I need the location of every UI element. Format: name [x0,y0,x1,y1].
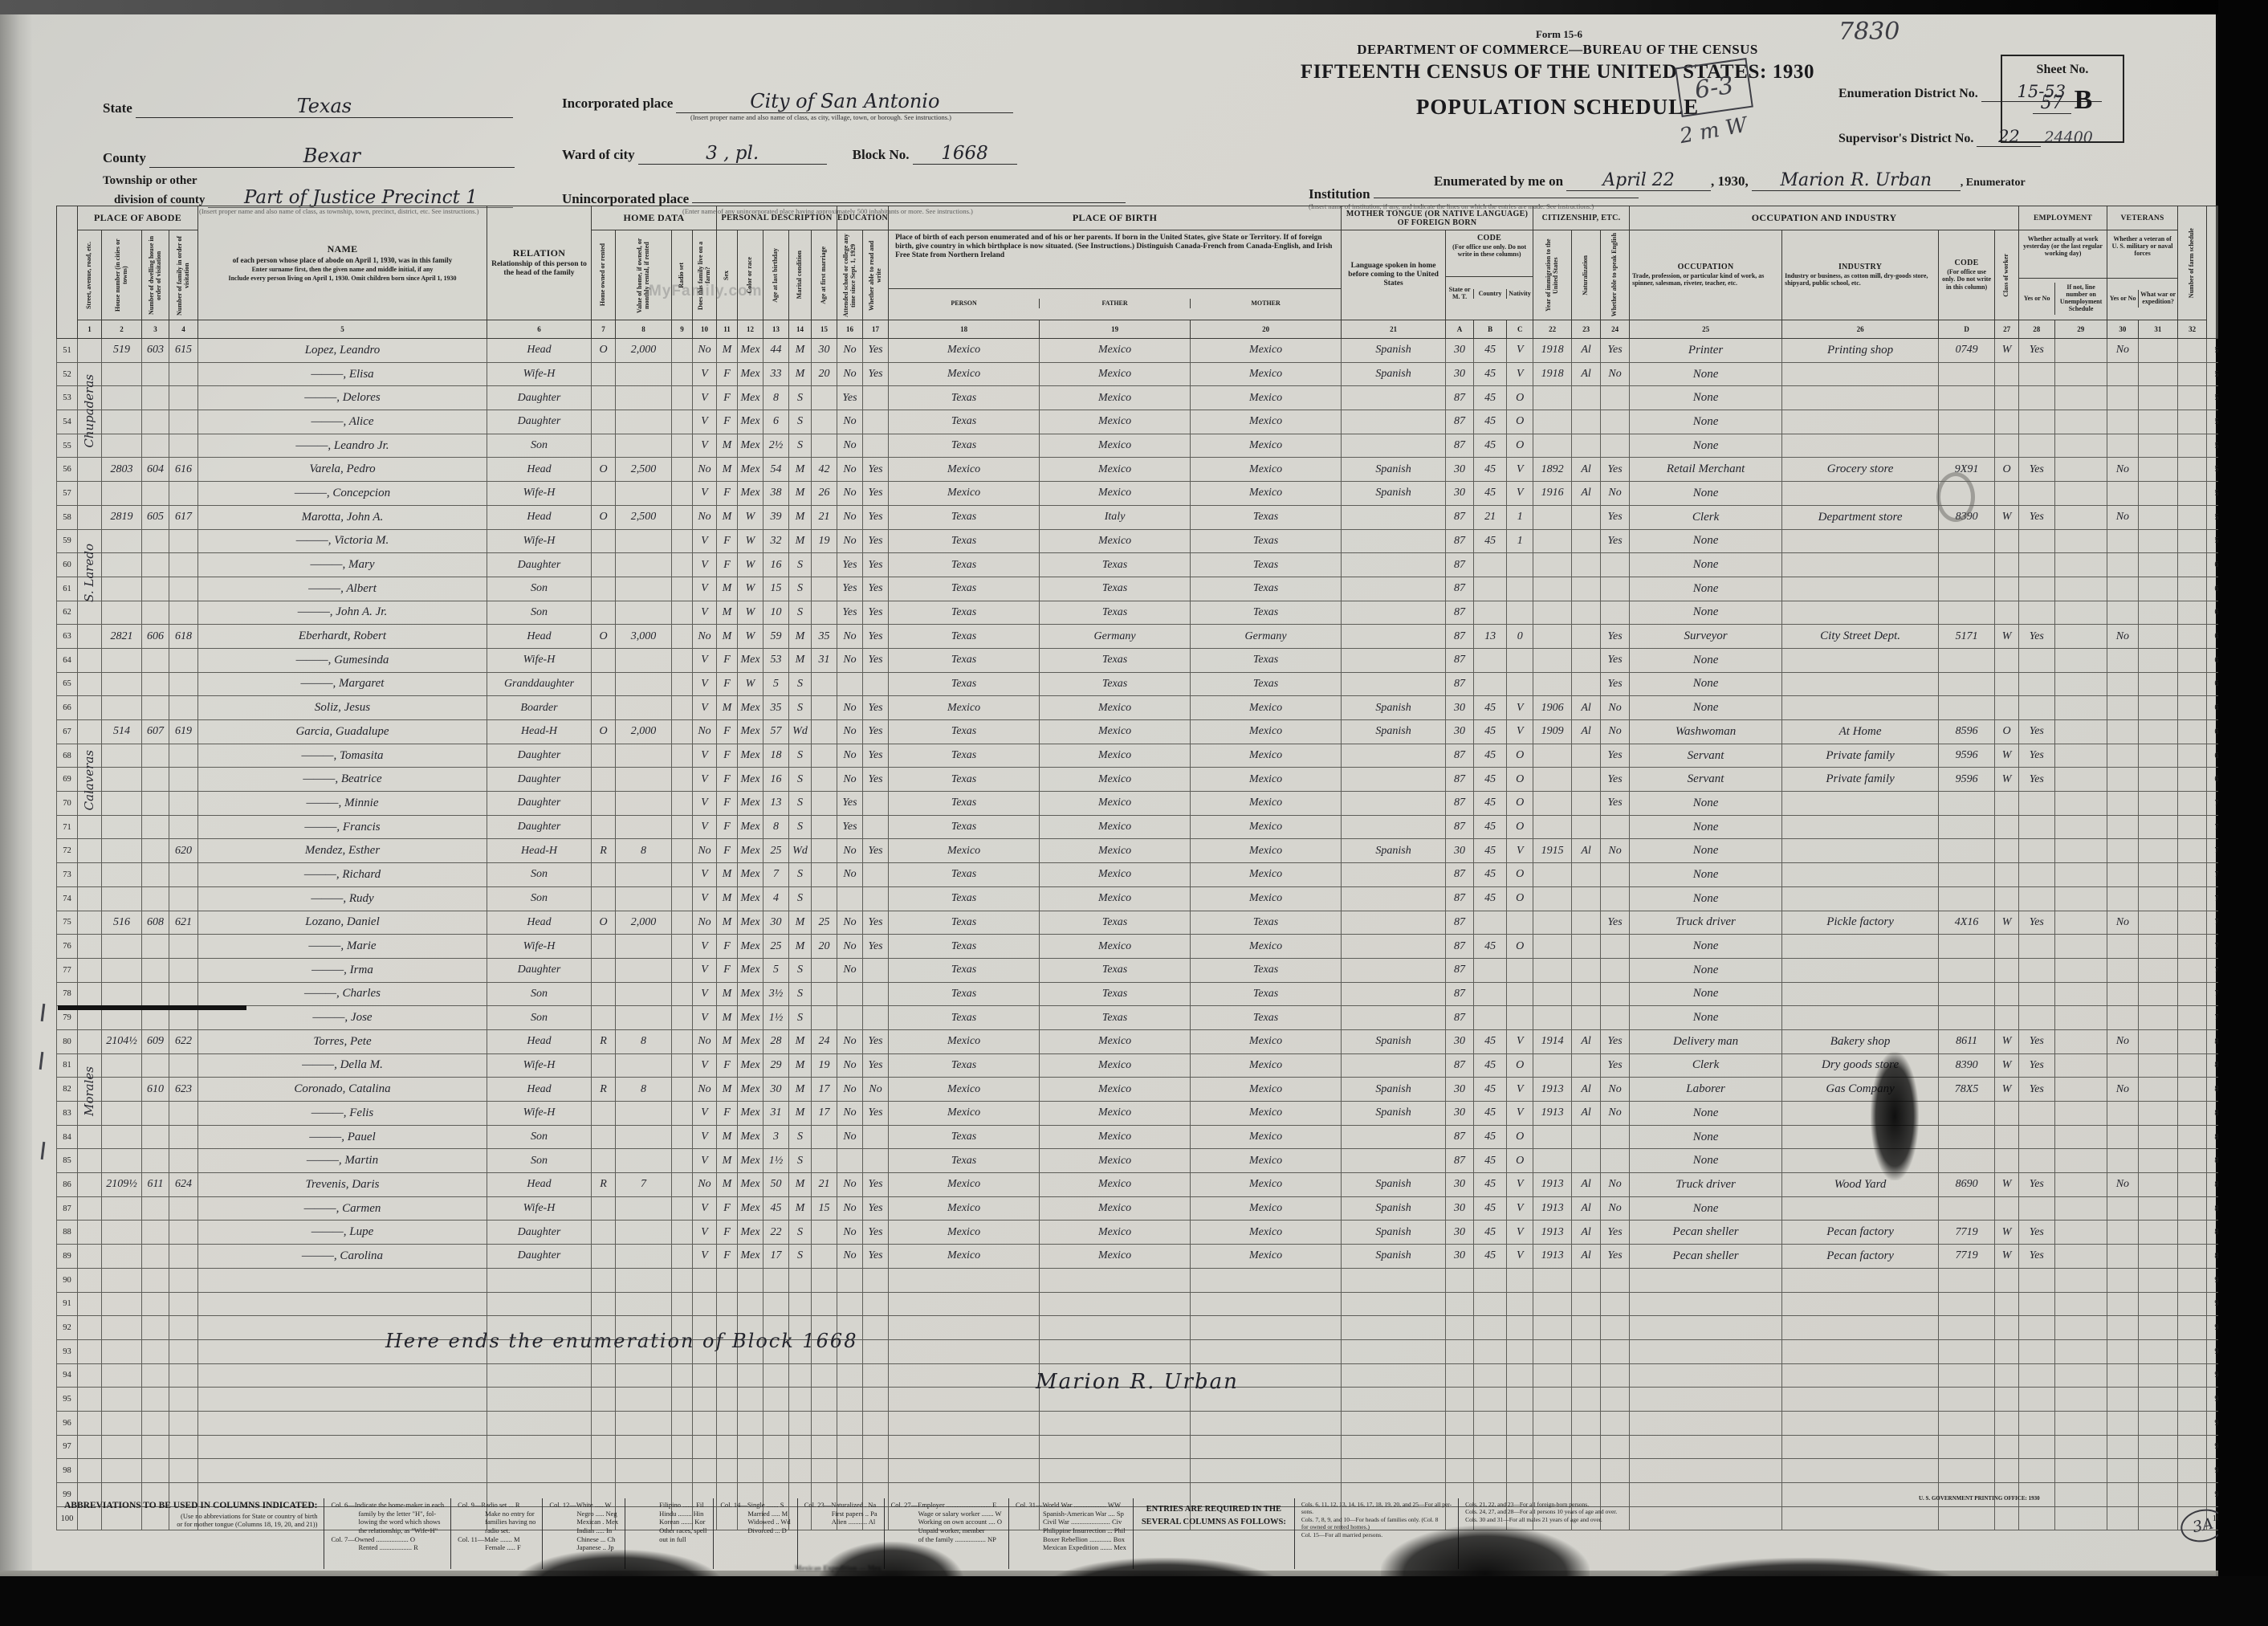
cell-farm: V [693,434,717,458]
cell-pobf: Mexico [1040,410,1191,434]
cell-english [1601,553,1630,577]
cell-sex: F [717,648,738,672]
cell-occ [1630,1363,1782,1388]
cell-tongue: Spanish [1342,1245,1446,1269]
cell-coded [1939,886,1995,911]
scan-edge-left [0,0,32,1626]
cell-atwork: Yes [2019,505,2054,529]
cell-street [78,1268,102,1292]
cell-english: No [1601,1102,1630,1126]
cell-house: 519 [102,339,142,363]
cell-sex [717,1268,738,1292]
cell-name: ———, Charles [198,982,487,1006]
cell-agefm [812,792,837,816]
cell-ca: 30 [1446,1173,1474,1197]
cell-farm: V [693,1006,717,1030]
cell-name: ———, Concepcion [198,482,487,506]
cell-race: Mex [738,958,763,982]
cell-name: ———, Delores [198,386,487,410]
cell-value [616,553,672,577]
legend-block-1: Col. 6—Indicate the home-maker in eachfa… [324,1498,450,1569]
group-place-of-birth: PLACE OF BIRTH [889,206,1342,230]
cell-read [863,1125,889,1149]
column-number-26: 26 [1782,320,1939,339]
col-speak-english: Whether able to speak English [1601,230,1630,320]
cell-cc [1507,553,1533,577]
cell-pobp: Texas [889,815,1040,839]
cell-fsched [2178,1102,2207,1126]
subcol-atwork-yesno: Yes or No [2019,294,2054,304]
cell-vet [2107,720,2139,744]
cell-natur [1572,505,1601,529]
cell-radio [672,1149,693,1173]
cell-pobf: Mexico [1040,815,1191,839]
cell-vet [2107,815,2139,839]
cell-name: ———, Leandro Jr. [198,434,487,458]
cell-race: Mex [738,696,763,720]
cell-tongue [1342,792,1446,816]
cell-cb [1473,672,1506,696]
cell-immig [1533,1435,1572,1459]
cell-immig [1533,1292,1572,1316]
cell-atwork [2019,839,2054,863]
cell-war [2138,744,2177,768]
cell-dwelling [142,958,169,982]
cell-vet [2107,601,2139,625]
column-number-9: 9 [672,320,693,339]
cell-cb: 45 [1473,482,1506,506]
cell-dwelling [142,1292,169,1316]
cell-street [78,672,102,696]
cell-dwelling [142,601,169,625]
cell-immig: 1906 [1533,696,1572,720]
cell-race: Mex [738,1196,763,1221]
cell-read [863,863,889,887]
cell-fsched [2178,1292,2207,1316]
cell-cc: O [1507,863,1533,887]
cell-read: Yes [863,744,889,768]
cell-natur [1572,1268,1601,1292]
cell-immig [1533,625,1572,649]
cell-coded [1939,1388,1995,1412]
cell-radio [672,1221,693,1245]
cell-age: 1½ [763,1006,789,1030]
cell-street [78,1459,102,1483]
cell-worker: W [1995,768,2019,792]
cell-read [863,1149,889,1173]
cell-coded [1939,362,1995,386]
cell-radio [672,815,693,839]
cell-industry: Bakery shop [1782,1029,1939,1053]
cell-pobp [889,1363,1040,1388]
cell-agefm [812,958,837,982]
street-name-morales: Morales [77,1010,101,1172]
cell-cb: 45 [1473,1053,1506,1078]
cell-worker: W [1995,1173,2019,1197]
subcol-person: PERSON [889,299,1039,309]
cell-ca: 87 [1446,958,1474,982]
cell-pobp [889,1316,1040,1340]
cell-age: 45 [763,1196,789,1221]
cell-unemp [2054,553,2107,577]
cell-farm: No [693,339,717,363]
cell-agefm [812,553,837,577]
cell-cb [1473,1388,1506,1412]
cell-ca [1446,1363,1474,1388]
cell-name: Marotta, John A. [198,505,487,529]
subcol-war: What war or expedition? [2138,290,2177,308]
cell-pobp: Texas [889,601,1040,625]
cell-vet [2107,1102,2139,1126]
cell-unemp [2054,1316,2107,1340]
cell-immig: 1913 [1533,1196,1572,1221]
cell-agefm [812,1125,837,1149]
cell-school: No [837,1125,863,1149]
cell-agefm: 30 [812,339,837,363]
cell-pobm: Mexico [1191,410,1342,434]
cell-sex: F [717,386,738,410]
cell-english [1601,1411,1630,1435]
cell-coded [1939,1363,1995,1388]
cell-unemp [2054,1388,2107,1412]
table-row: 64———, GumesindaWife-HVFMex53M31NoYesTex… [57,648,2231,672]
cell-farm: V [693,768,717,792]
cell-agefm [812,1149,837,1173]
cell-cc: 1 [1507,529,1533,553]
col-street: Street, avenue, road, etc. [78,230,102,320]
cell-industry: Pickle factory [1782,911,1939,935]
cell-dwelling [142,1388,169,1412]
cell-natur [1572,1053,1601,1078]
cell-tongue [1342,911,1446,935]
cell-age: 54 [763,458,789,482]
cell-cb: 45 [1473,815,1506,839]
cell-immig [1533,1149,1572,1173]
cell-pobp: Texas [889,434,1040,458]
cell-ca: 87 [1446,886,1474,911]
cell-pobm [1191,1316,1342,1340]
cell-industry [1782,1388,1939,1412]
cell-farm [693,1459,717,1483]
cell-tongue [1342,744,1446,768]
cell-relation [487,1388,592,1412]
cell-pobp [889,1388,1040,1412]
cell-farm [693,1435,717,1459]
cell-atwork [2019,982,2054,1006]
cell-relation: Daughter [487,815,592,839]
cell-cc [1507,601,1533,625]
enumeration-date: April 22 [1602,170,1675,190]
cell-ca: 87 [1446,744,1474,768]
cell-immig: 1913 [1533,1245,1572,1269]
cell-ca: 87 [1446,815,1474,839]
table-row: 57———, ConcepcionWife-HVFMex38M26NoYesMe… [57,482,2231,506]
cell-pobf: Mexico [1040,1125,1191,1149]
cell-vet [2107,648,2139,672]
cell-race: Mex [738,886,763,911]
cell-agefm: 19 [812,1053,837,1078]
cell-marital: S [789,1125,812,1149]
cell-vet [2107,982,2139,1006]
cell-agefm: 35 [812,625,837,649]
cell-ca: 87 [1446,505,1474,529]
cell-fsched [2178,434,2207,458]
cell-industry [1782,1363,1939,1388]
cell-vet: No [2107,911,2139,935]
line-number-left: 77 [57,958,78,982]
cell-worker [1995,958,2019,982]
col-home-value: Value of home, if owned, or monthly rent… [616,230,672,320]
cell-cb: 21 [1473,505,1506,529]
cell-industry [1782,386,1939,410]
line-number-left: 76 [57,935,78,959]
cell-tongue [1342,1411,1446,1435]
cell-cc: V [1507,839,1533,863]
cell-name [198,1292,487,1316]
cell-agefm: 25 [812,911,837,935]
cell-fsched [2178,1173,2207,1197]
cell-coded [1939,1459,1995,1483]
cell-pobm [1191,1459,1342,1483]
cell-war [2138,577,2177,601]
cell-vet [2107,1339,2139,1363]
cell-cc: O [1507,434,1533,458]
cell-unemp [2054,386,2107,410]
cell-war [2138,863,2177,887]
cell-owned [592,935,616,959]
cell-relation: Daughter [487,768,592,792]
cell-radio [672,410,693,434]
cell-fsched [2178,815,2207,839]
cell-pobf: Mexico [1040,362,1191,386]
cell-radio [672,1292,693,1316]
cell-pobm: Mexico [1191,362,1342,386]
cell-immig: 1913 [1533,1102,1572,1126]
cell-cc: V [1507,1078,1533,1102]
table-row: 52———, ElisaWife-HVFMex33M20NoYesMexicoM… [57,362,2231,386]
cell-name: ———, Pauel [198,1125,487,1149]
cell-pobf: Mexico [1040,1221,1191,1245]
cell-pobm: Mexico [1191,339,1342,363]
cell-pobp: Texas [889,625,1040,649]
table-row: 88———, LupeDaughterVFMex22SNoYesMexicoMe… [57,1221,2231,1245]
cell-agefm [812,1006,837,1030]
cell-industry [1782,1292,1939,1316]
cell-natur [1572,815,1601,839]
cell-pobp: Texas [889,553,1040,577]
cell-agefm: 20 [812,362,837,386]
cell-value: 3,000 [616,625,672,649]
cell-school: No [837,1053,863,1078]
cell-marital: S [789,958,812,982]
cell-pobp: Mexico [889,1078,1040,1102]
cell-pobf: Mexico [1040,1029,1191,1053]
cell-immig: 1892 [1533,458,1572,482]
cell-english [1601,601,1630,625]
cell-family [169,386,198,410]
cell-worker: W [1995,1029,2019,1053]
cell-sex: M [717,886,738,911]
cell-family [169,648,198,672]
cell-owned [592,672,616,696]
cell-english [1601,1459,1630,1483]
cell-war [2138,1102,2177,1126]
cell-relation: Head [487,625,592,649]
heavy-pencil-bar [58,1005,246,1010]
cell-farm: No [693,458,717,482]
cell-unemp [2054,839,2107,863]
cell-vet [2107,1196,2139,1221]
cell-vet [2107,1053,2139,1078]
cell-ca: 87 [1446,768,1474,792]
cell-age: 16 [763,768,789,792]
cell-cc: O [1507,386,1533,410]
cell-natur: Al [1572,839,1601,863]
cell-pobm: Texas [1191,911,1342,935]
cell-race: W [738,577,763,601]
cell-age: 5 [763,958,789,982]
cell-house [102,1078,142,1102]
table-row: 51519603615Lopez, LeandroHeadO2,000NoMMe… [57,339,2231,363]
pencil-box-6-3: 6-3 [1675,58,1753,117]
cell-family [169,982,198,1006]
cell-read [863,958,889,982]
cell-coded: 7719 [1939,1221,1995,1245]
cell-value [616,792,672,816]
legend-block-0: ABBREVIATIONS TO BE USED IN COLUMNS INDI… [58,1498,324,1569]
cell-vet [2107,1363,2139,1388]
cell-occ: None [1630,886,1782,911]
cell-school: No [837,696,863,720]
cell-marital: S [789,768,812,792]
cell-house [102,1245,142,1269]
cell-age: 3 [763,1125,789,1149]
cell-farm: V [693,982,717,1006]
cell-atwork [2019,1149,2054,1173]
cell-sex: F [717,553,738,577]
cell-atwork [2019,648,2054,672]
cell-farm: V [693,1125,717,1149]
cell-house [102,1363,142,1388]
cell-house: 2819 [102,505,142,529]
cell-marital: M [789,458,812,482]
cell-read: Yes [863,1029,889,1053]
cell-value [616,434,672,458]
cell-marital: M [789,935,812,959]
cell-agefm: 31 [812,648,837,672]
cell-dwelling [142,1459,169,1483]
cell-tongue: Spanish [1342,362,1446,386]
cell-atwork [2019,672,2054,696]
cell-coded [1939,1006,1995,1030]
col-farm: Does this family live on a farm? [693,230,717,320]
cell-pobf: Mexico [1040,458,1191,482]
subcol-code-nativity: Nativity [1506,289,1533,300]
cell-natur [1572,1339,1601,1363]
cell-pobp: Texas [889,935,1040,959]
cell-farm: No [693,911,717,935]
cell-agefm [812,768,837,792]
cell-house [102,529,142,553]
cell-school: No [837,339,863,363]
cell-pobp: Mexico [889,1196,1040,1221]
cell-radio [672,1006,693,1030]
cell-ca: 87 [1446,1006,1474,1030]
cell-relation: Daughter [487,553,592,577]
cell-worker [1995,839,2019,863]
cell-natur [1572,768,1601,792]
cell-relation: Wife-H [487,529,592,553]
table-row: 582819605617Marotta, John A.HeadO2,500No… [57,505,2231,529]
cell-relation: Wife-H [487,1102,592,1126]
cell-pobm: Texas [1191,577,1342,601]
group-citizenship: CITIZENSHIP, ETC. [1533,206,1630,230]
cell-radio [672,768,693,792]
cell-war [2138,1388,2177,1412]
cell-atwork [2019,529,2054,553]
cell-cb: 45 [1473,458,1506,482]
cell-family [169,792,198,816]
cell-cc: O [1507,768,1533,792]
cell-pobm: Mexico [1191,792,1342,816]
cell-name: ———, Carmen [198,1196,487,1221]
cell-pobm: Mexico [1191,768,1342,792]
cell-coded [1939,1411,1995,1435]
cell-pobf: Mexico [1040,839,1191,863]
cell-pobf [1040,1316,1191,1340]
cell-immig [1533,672,1572,696]
cell-pobf: Mexico [1040,792,1191,816]
cell-race: W [738,529,763,553]
cell-worker: O [1995,720,2019,744]
cell-family [169,601,198,625]
cell-occ: Pecan sheller [1630,1221,1782,1245]
cell-family [169,1125,198,1149]
cell-ca [1446,1435,1474,1459]
line-number-left: 51 [57,339,78,363]
cell-value: 8 [616,1078,672,1102]
cell-cc: O [1507,410,1533,434]
cell-cb [1473,958,1506,982]
cell-tongue [1342,505,1446,529]
cell-coded [1939,672,1995,696]
cell-unemp [2054,1339,2107,1363]
cell-ca [1446,1292,1474,1316]
col-industry: INDUSTRY Industry or business, as cotton… [1782,230,1939,320]
cell-owned [592,1388,616,1412]
cell-cc [1507,1339,1533,1363]
cell-school: No [837,744,863,768]
cell-family: 616 [169,458,198,482]
end-of-enumeration-note: Here ends the enumeration of Block 1668 [385,1330,857,1352]
cell-vet [2107,935,2139,959]
cell-read [863,1435,889,1459]
group-place-of-abode: PLACE OF ABODE [78,206,198,230]
cell-dwelling [142,815,169,839]
line-number-left: 81 [57,1053,78,1078]
cell-name: Garcia, Guadalupe [198,720,487,744]
cell-age: 28 [763,1029,789,1053]
cell-house [102,434,142,458]
cell-value: 2,500 [616,505,672,529]
col-immigration-year: Year of immigration to the United States [1533,230,1572,320]
cell-farm: V [693,1149,717,1173]
cell-war [2138,386,2177,410]
line-number-left: 93 [57,1339,78,1363]
cell-radio [672,434,693,458]
sheet-number-box: Sheet No. 57 B [2001,55,2124,143]
cell-natur: Al [1572,482,1601,506]
